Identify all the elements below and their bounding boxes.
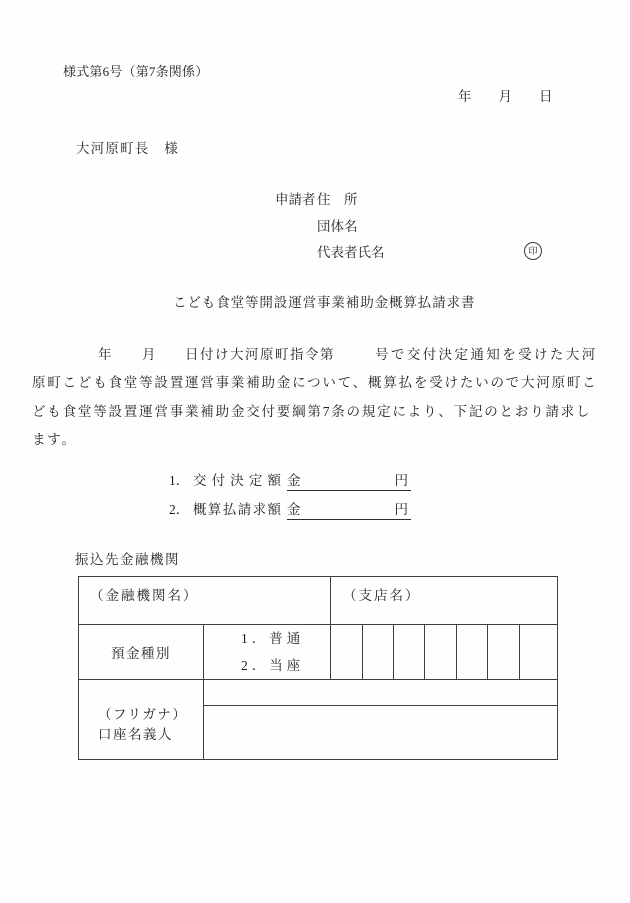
item-number: 1． <box>169 473 193 491</box>
form-page: 様式第6号（第7条関係） 年 月 日 大河原町長 様 申請者 住 所 団体名 代… <box>0 0 630 903</box>
account-holder-label-cell: （フリガナ） 口座名義人 <box>79 680 204 760</box>
branch-label: （支店名） <box>343 588 421 603</box>
account-digit-cell <box>331 625 363 680</box>
form-number: 様式第6号（第7条関係） <box>63 64 208 79</box>
account-digit-cell <box>520 625 558 680</box>
item-provisional-payment-amount: 2． 概算払請求額 金 円 <box>169 502 411 520</box>
currency-suffix: 円 <box>395 473 409 489</box>
seal-character: 印 <box>528 247 537 256</box>
deposit-option-ordinary: 1．普通 <box>241 625 330 652</box>
addressee: 大河原町長 様 <box>76 141 179 156</box>
account-digit-cell <box>488 625 520 680</box>
applicant-address-label: 住 所 <box>317 192 358 207</box>
item-label: 概算払請求額 <box>193 502 281 520</box>
currency-prefix: 金 <box>287 502 301 518</box>
account-digit-cell <box>457 625 488 680</box>
document-title: こども食堂等開設運営事業補助金概算払請求書 <box>173 295 475 310</box>
item-grant-decision-amount: 1． 交付決定額 金 円 <box>169 473 411 491</box>
amount-blank-line: 金 円 <box>287 502 411 520</box>
body-line4: ます。 <box>32 432 77 447</box>
applicant-representative-label: 代表者氏名 <box>317 245 385 260</box>
deposit-type-options-cell: 1．普通 2．当座 <box>204 625 331 680</box>
deposit-type-label-cell: 預金種別 <box>79 625 204 680</box>
bank-section-heading: 振込先金融機関 <box>75 552 180 567</box>
account-digit-cell <box>394 625 425 680</box>
deposit-type-label: 預金種別 <box>111 646 171 661</box>
body-line1-year: 年 <box>98 347 113 362</box>
account-holder-entry-cell <box>204 706 558 760</box>
account-digit-cell <box>363 625 394 680</box>
deposit-option-current: 2．当座 <box>241 652 330 679</box>
amount-blank-line: 金 円 <box>287 473 411 491</box>
furigana-entry-cell <box>204 680 558 706</box>
body-line1-month: 月 <box>142 347 157 362</box>
account-holder-label: 口座名義人 <box>98 725 203 745</box>
body-line1-mid: 日付け大河原町指令第 <box>185 347 335 362</box>
account-digit-cell <box>425 625 457 680</box>
date-line: 年 月 日 <box>458 89 553 104</box>
item-number: 2． <box>169 502 193 520</box>
body-line2: 原町こども食堂等設置運営事業補助金について、概算払を受けたいので大河原町こ <box>32 375 598 390</box>
furigana-label: （フリガナ） <box>98 705 203 725</box>
applicant-label: 申請者 <box>275 192 316 207</box>
bank-account-table: （金融機関名） （支店名） 預金種別 1．普通 2．当座 （フリガナ） <box>78 576 558 760</box>
applicant-organization-label: 団体名 <box>317 219 358 234</box>
seal-icon: 印 <box>524 242 542 260</box>
institution-name-cell: （金融機関名） <box>79 577 331 625</box>
institution-label: （金融機関名） <box>90 588 199 603</box>
body-line1-end: 号で交付決定通知を受けた大河 <box>375 347 598 362</box>
branch-name-cell: （支店名） <box>331 577 558 625</box>
currency-suffix: 円 <box>395 502 409 518</box>
item-label: 交付決定額 <box>193 473 281 491</box>
body-line3: ども食堂等設置運営事業補助金交付要綱第7条の規定により、下記のとおり請求し <box>32 404 591 419</box>
currency-prefix: 金 <box>287 473 301 489</box>
